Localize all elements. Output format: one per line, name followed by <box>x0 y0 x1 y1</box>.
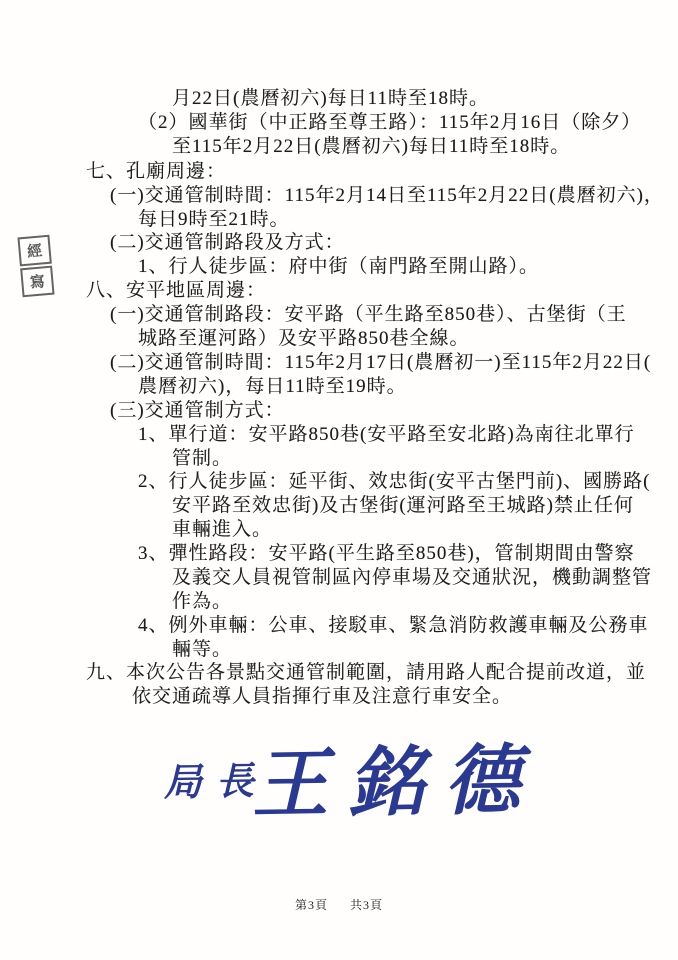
doc-line-section: 八、安平地區周邊： <box>86 279 266 303</box>
doc-line: 至115年2月22日(農曆初六)每日11時至18時。 <box>172 135 570 159</box>
signature-name: 王銘德 <box>251 719 541 833</box>
doc-line: 每日9時至21時。 <box>138 208 290 232</box>
seal-stamp: 經 寫 <box>17 235 54 298</box>
doc-line: 安平路至效忠街)及古堡街(運河路至王城路)禁止任何 <box>172 494 634 518</box>
doc-line: 及義交人員視管制區內停車場及交通狀況，機動調整管 <box>172 566 652 590</box>
doc-line: 2、行人徒步區：延平街、效忠街(安平古堡門前)、國勝路( <box>138 470 650 494</box>
seal-char-top: 經 <box>17 235 51 267</box>
doc-line: 城路至運河路）及安平路850巷全線。 <box>138 327 470 351</box>
scanned-document-page: 經 寫 月22日(農曆初六)每日11時至18時。 （2）國華街（中正路至尊王路）… <box>0 0 678 960</box>
doc-line: (二)交通管制路段及方式： <box>110 231 345 255</box>
seal-char-bottom: 寫 <box>20 266 54 298</box>
page-footer: 第3頁 共3頁 <box>0 896 678 913</box>
doc-line: 車輛進入。 <box>172 518 272 542</box>
doc-line: 4、例外車輛：公車、接駁車、緊急消防救護車輛及公務車 <box>138 614 649 638</box>
doc-line: 1、行人徒步區：府中街（南門路至開山路）。 <box>138 255 539 279</box>
doc-line-section: 七、孔廟周邊： <box>86 160 226 184</box>
doc-line: (一)交通管制時間：115年2月14日至115年2月22日(農曆初六)， <box>110 184 664 208</box>
doc-line: (一)交通管制路段：安平路（平生路至850巷）、古堡街（王 <box>110 303 627 327</box>
doc-line: 作為。 <box>172 590 232 614</box>
footer-total-pages: 共3頁 <box>350 898 383 912</box>
doc-line: (二)交通管制時間：115年2月17日(農曆初一)至115年2月22日( <box>110 351 651 375</box>
doc-line: 管制。 <box>172 447 232 471</box>
doc-line: （2）國華街（中正路至尊王路）：115年2月16日（除夕） <box>138 111 641 135</box>
doc-line: 月22日(農曆初六)每日11時至18時。 <box>172 87 489 111</box>
footer-page-number: 第3頁 <box>295 898 328 912</box>
doc-line: 依交通疏導人員指揮行車及注意行車安全。 <box>132 685 512 709</box>
doc-line: 3、彈性路段：安平路(平生路至850巷)，管制期間由警察 <box>138 542 635 566</box>
doc-line: (三)交通管制方式： <box>110 399 285 423</box>
doc-line: 輛等。 <box>172 638 232 662</box>
doc-line-section: 九、本次公告各景點交通管制範圍，請用路人配合提前改道，並 <box>86 661 646 685</box>
doc-line: 農曆初六)，每日11時至19時。 <box>138 375 407 399</box>
signature-block: 局長 王銘德 <box>159 723 561 860</box>
doc-line: 1、單行道：安平路850巷(安平路至安北路)為南往北單行 <box>138 423 635 447</box>
